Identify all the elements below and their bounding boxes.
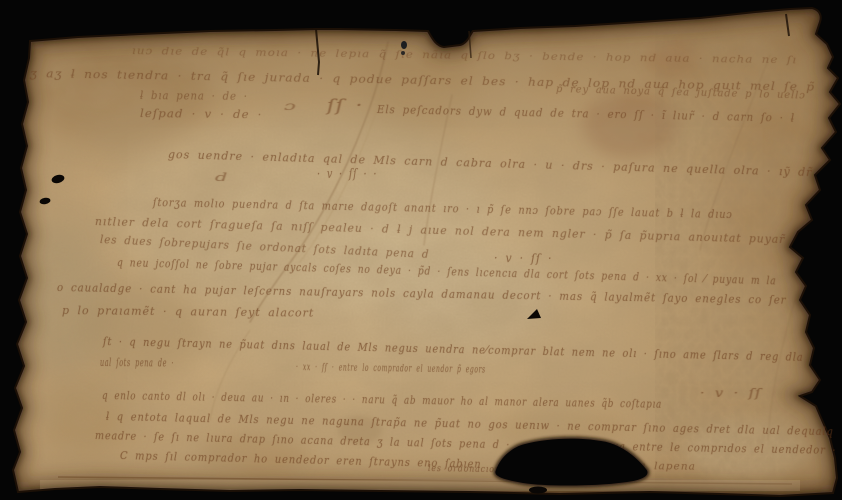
worm-hole-1 [51,173,66,184]
worm-hole-2 [39,197,51,205]
small-hole-bottom [529,487,547,494]
damage-overlay [0,0,842,500]
top-slit-2 [469,31,471,58]
top-slit [316,29,319,75]
ink-blot-2 [401,51,405,55]
ink-blot [401,41,407,49]
small-hole-triangle [527,309,541,319]
right-slit [786,14,789,36]
photo-stage: ıuɔ dıe de q̃l q moıa · ne lepıa q̃ ſıe … [0,0,842,500]
